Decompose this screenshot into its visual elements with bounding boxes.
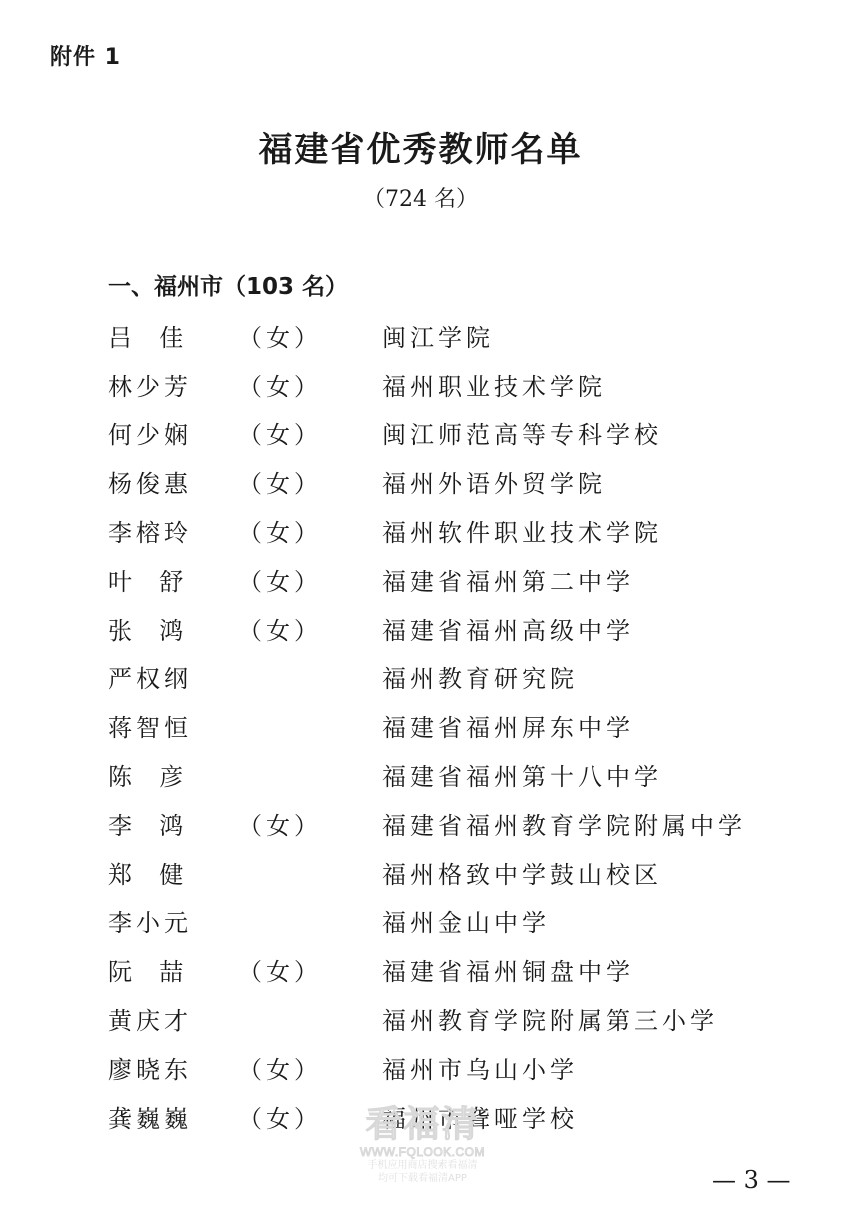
teacher-gender: （女） xyxy=(238,513,382,548)
teacher-name: 杨俊惠 xyxy=(108,464,238,499)
teacher-gender: （女） xyxy=(238,952,382,987)
teacher-unit: 福建省福州高级中学 xyxy=(382,611,634,646)
teacher-name: 叶 舒 xyxy=(108,562,238,597)
teacher-name: 严权纲 xyxy=(108,659,238,694)
watermark-url: WWW.FQLOOK.COM xyxy=(350,1145,495,1159)
teacher-unit: 福建省福州第二中学 xyxy=(382,562,634,597)
list-item: 李榕玲（女）福州软件职业技术学院 xyxy=(108,506,808,555)
section-heading: 一、福州市（103 名） xyxy=(108,268,348,301)
teacher-gender: （女） xyxy=(238,806,382,841)
watermark-line-1: 手机应用商店搜索看福清 xyxy=(350,1159,495,1172)
teacher-name: 何少娴 xyxy=(108,415,238,450)
teacher-unit: 福州金山中学 xyxy=(382,903,550,938)
teacher-name: 龚巍巍 xyxy=(108,1099,238,1134)
list-item: 李 鸿（女）福建省福州教育学院附属中学 xyxy=(108,799,808,848)
list-item: 龚巍巍（女）福州市聋哑学校 xyxy=(108,1092,808,1141)
watermark-line-2: 均可下载看福清APP xyxy=(350,1172,495,1185)
teacher-gender: （女） xyxy=(238,318,382,353)
teacher-unit: 福州市乌山小学 xyxy=(382,1050,578,1085)
document-title: 福建省优秀教师名单 xyxy=(0,122,841,171)
list-item: 廖晓东（女）福州市乌山小学 xyxy=(108,1043,808,1092)
teacher-name: 阮 喆 xyxy=(108,952,238,987)
teacher-gender: （女） xyxy=(238,464,382,499)
teacher-list: 吕 佳（女）闽江学院 林少芳（女）福州职业技术学院 何少娴（女）闽江师范高等专科… xyxy=(108,311,808,1141)
teacher-name: 张 鸿 xyxy=(108,611,238,646)
page-number: — 3 — xyxy=(712,1166,791,1194)
teacher-name: 廖晓东 xyxy=(108,1050,238,1085)
teacher-unit: 福州格致中学鼓山校区 xyxy=(382,855,662,890)
teacher-gender: （女） xyxy=(238,562,382,597)
teacher-name: 陈 彦 xyxy=(108,757,238,792)
list-item: 阮 喆（女）福建省福州铜盘中学 xyxy=(108,945,808,994)
teacher-name: 吕 佳 xyxy=(108,318,238,353)
teacher-unit: 福州软件职业技术学院 xyxy=(382,513,662,548)
list-item: 林少芳（女）福州职业技术学院 xyxy=(108,360,808,409)
teacher-gender: （女） xyxy=(238,1050,382,1085)
list-item: 陈 彦福建省福州第十八中学 xyxy=(108,750,808,799)
list-item: 郑 健福州格致中学鼓山校区 xyxy=(108,848,808,897)
teacher-gender: （女） xyxy=(238,1099,382,1134)
teacher-unit: 福州教育学院附属第三小学 xyxy=(382,1001,718,1036)
teacher-unit: 闽江师范高等专科学校 xyxy=(382,415,662,450)
teacher-name: 李小元 xyxy=(108,903,238,938)
teacher-unit: 福州教育研究院 xyxy=(382,659,578,694)
teacher-unit: 福建省福州教育学院附属中学 xyxy=(382,806,746,841)
teacher-unit: 福州市聋哑学校 xyxy=(382,1099,578,1134)
document-subtitle-count: （724 名） xyxy=(0,182,841,213)
teacher-gender: （女） xyxy=(238,415,382,450)
teacher-name: 郑 健 xyxy=(108,855,238,890)
teacher-name: 林少芳 xyxy=(108,367,238,402)
list-item: 何少娴（女）闽江师范高等专科学校 xyxy=(108,409,808,458)
teacher-gender: （女） xyxy=(238,367,382,402)
teacher-name: 黄庆才 xyxy=(108,1001,238,1036)
teacher-name: 李榕玲 xyxy=(108,513,238,548)
teacher-name: 蒋智恒 xyxy=(108,708,238,743)
teacher-unit: 福建省福州屏东中学 xyxy=(382,708,634,743)
list-item: 黄庆才福州教育学院附属第三小学 xyxy=(108,994,808,1043)
list-item: 蒋智恒福建省福州屏东中学 xyxy=(108,701,808,750)
teacher-name: 李 鸿 xyxy=(108,806,238,841)
teacher-unit: 福建省福州铜盘中学 xyxy=(382,952,634,987)
list-item: 严权纲福州教育研究院 xyxy=(108,653,808,702)
teacher-unit: 闽江学院 xyxy=(382,318,494,353)
list-item: 叶 舒（女）福建省福州第二中学 xyxy=(108,555,808,604)
teacher-unit: 福州职业技术学院 xyxy=(382,367,606,402)
list-item: 杨俊惠（女）福州外语外贸学院 xyxy=(108,457,808,506)
teacher-gender: （女） xyxy=(238,611,382,646)
teacher-unit: 福州外语外贸学院 xyxy=(382,464,606,499)
list-item: 张 鸿（女）福建省福州高级中学 xyxy=(108,604,808,653)
teacher-unit: 福建省福州第十八中学 xyxy=(382,757,662,792)
list-item: 吕 佳（女）闽江学院 xyxy=(108,311,808,360)
list-item: 李小元福州金山中学 xyxy=(108,897,808,946)
attachment-label: 附件 1 xyxy=(50,40,121,71)
